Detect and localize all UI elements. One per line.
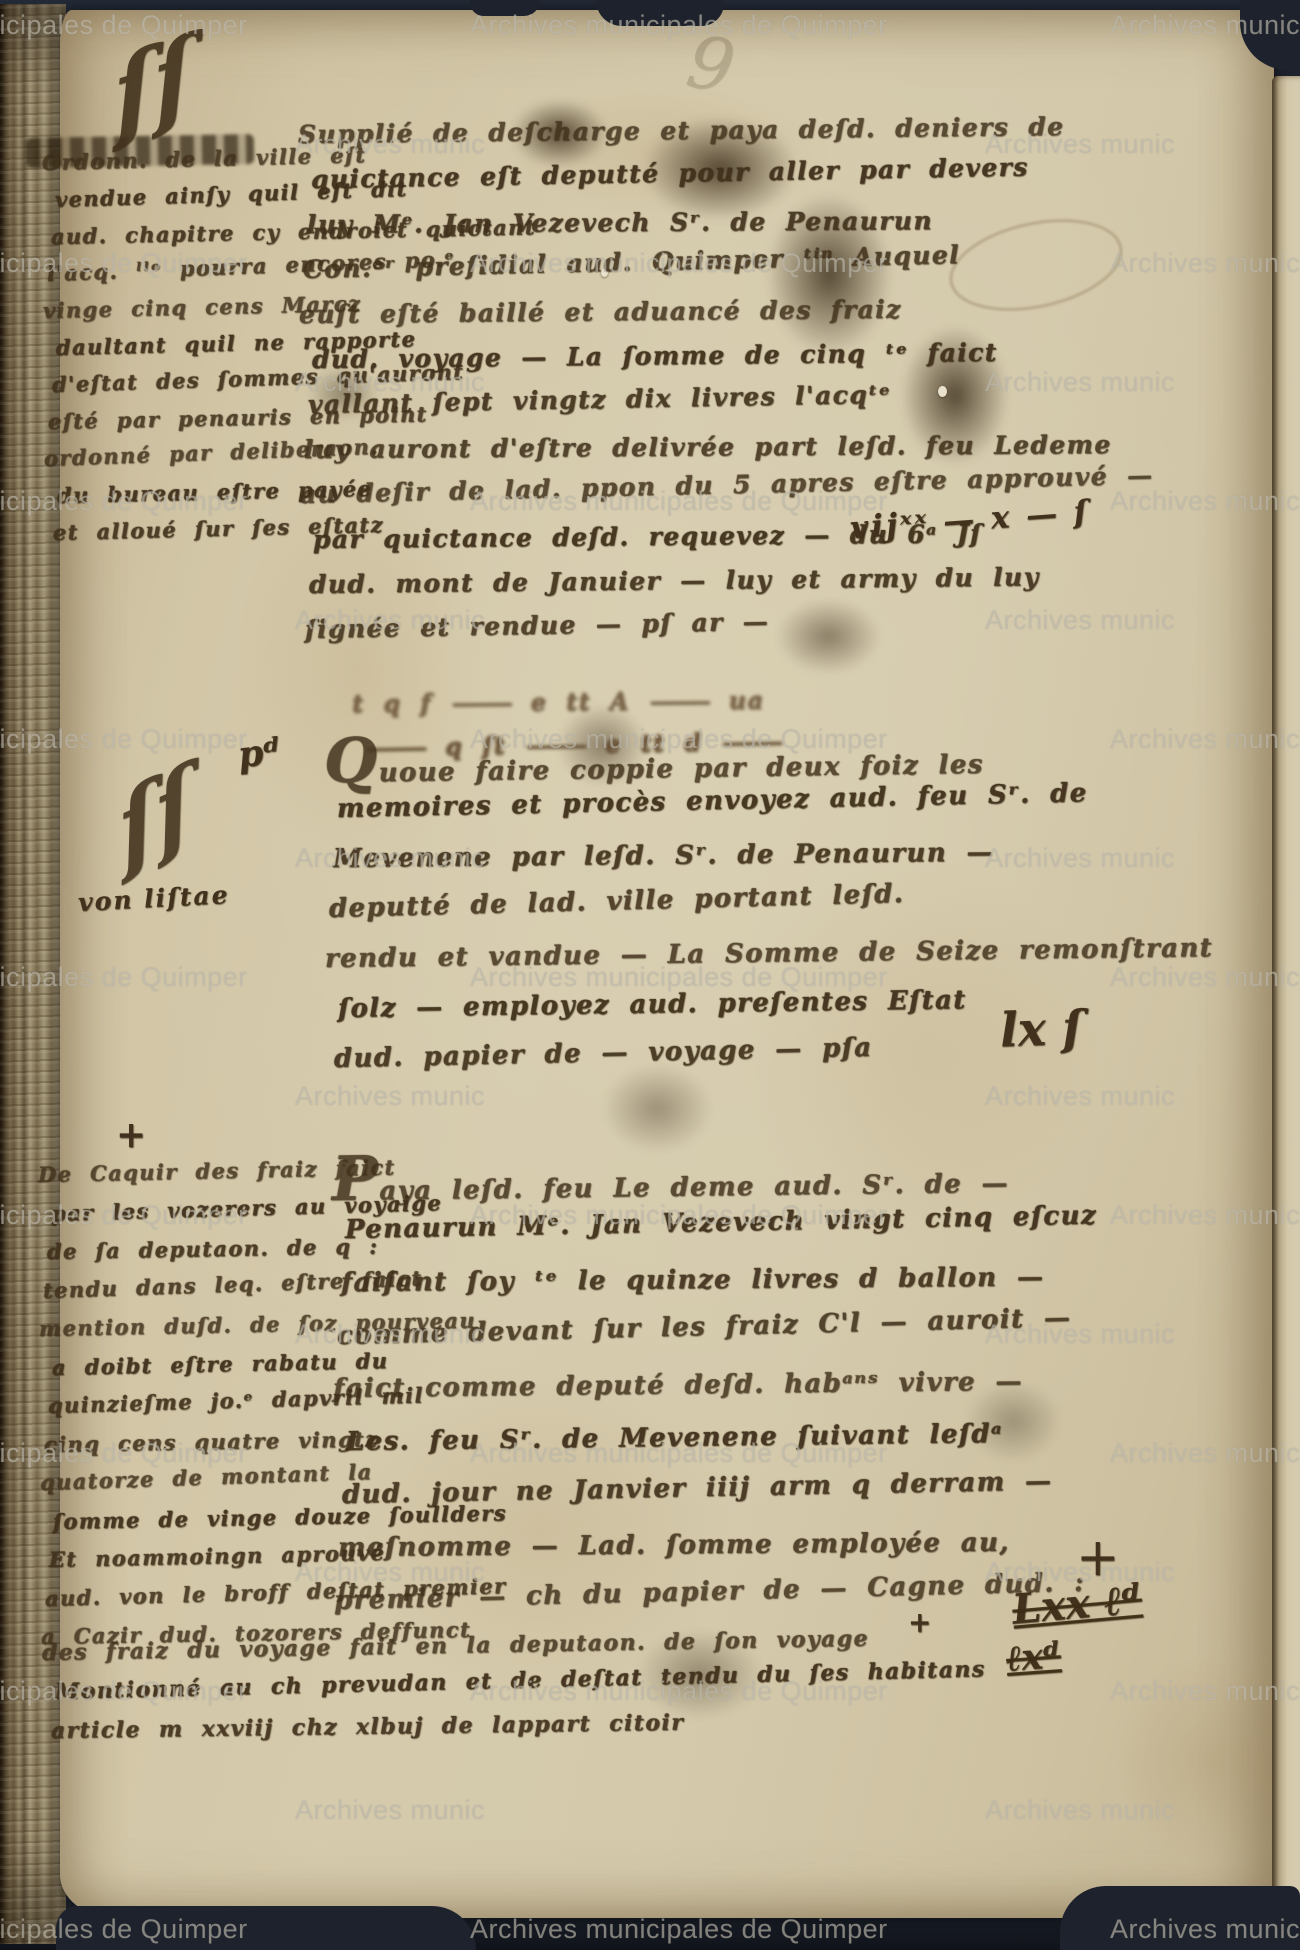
manuscript-line: faiſant ſoy ᵗᵉ le quinze livres d ballon… [341,1262,1045,1298]
manuscript-line: meſnomme — Lad. ſomme employée au, [338,1528,1010,1563]
watermark-text: Archives municipales de Quimper [470,1914,888,1945]
manuscript-line: t q f ⸻ e tt A ⸻ ua [352,680,765,719]
margin-sum-4-struck: ℓxᵈ [1005,1634,1063,1680]
margin-sum-2: lx ſ [999,1001,1083,1059]
torn-edge [1060,1886,1300,1950]
cross-mark-left: + [116,1114,146,1156]
paper-hole [938,386,947,397]
section-mark: pᵈ [236,730,283,776]
manuscript-line: Paya leſd. feu Le deme aud. Sʳ. de — [332,1154,1009,1207]
torn-edge [56,1906,476,1950]
manuscript-line: Quoue faire coppie par deux foiz les [324,735,984,789]
next-page-edge [1272,76,1300,1910]
scanned-manuscript-page: Ordonn. de la ville eſtvendue ainſy quil… [0,0,1300,1950]
cross-mark-small: + [908,1606,931,1639]
manuscript-line: luy auront d'eſtre delivrée part leſd. f… [304,430,1112,464]
torn-edge [470,0,540,16]
manuscript-line: Mevenene par leſd. Sʳ. de Penaurun — [333,838,994,874]
manuscript-line: luy Mᵉ. Jan Vezevech Sʳ. de Penaurun [307,206,933,239]
manuscript-line: euſt eſté baillé et aduancé des fraiz [299,295,902,329]
paper-stain [1070,1610,1300,1910]
